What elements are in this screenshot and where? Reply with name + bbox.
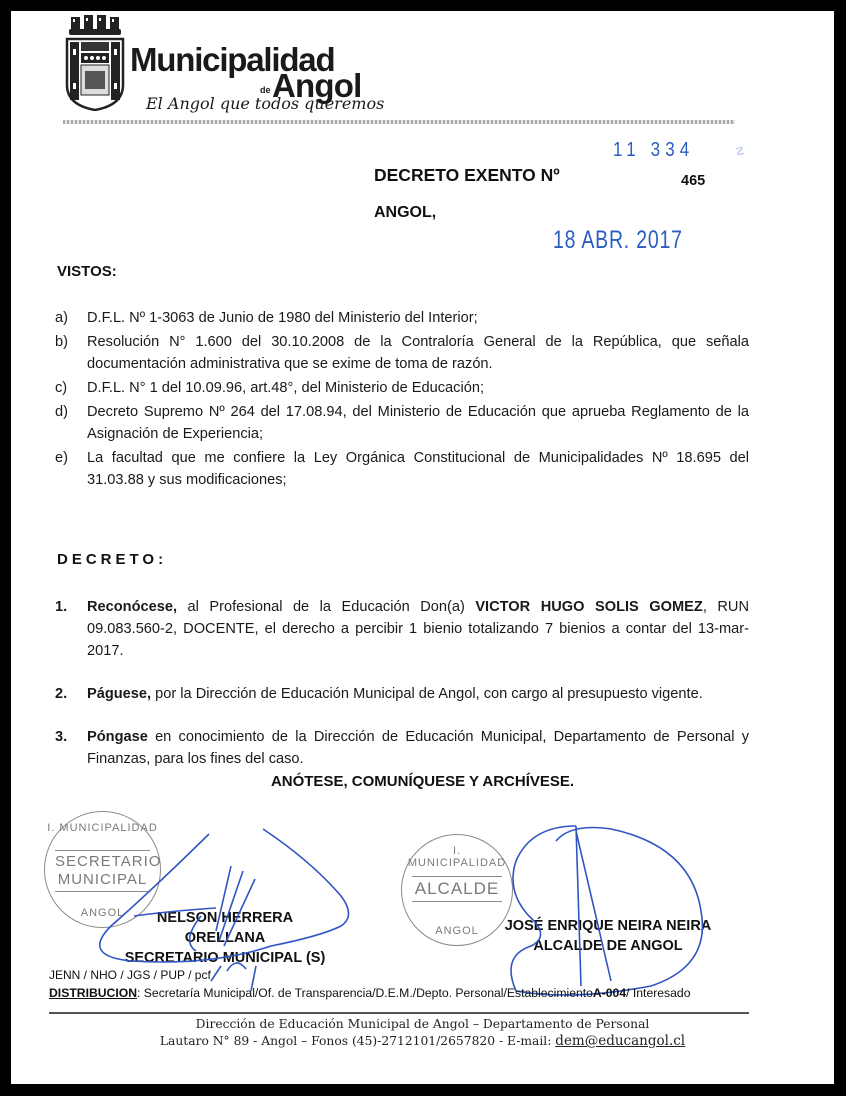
seal-top-text: I. MUNICIPALIDAD <box>402 845 512 869</box>
stamp-date: 18 ABR. 2017 <box>553 226 683 255</box>
item-text: D.F.L. Nº 1-3063 de Junio de 1980 del Mi… <box>87 307 749 329</box>
item-lead: Páguese, <box>87 686 151 702</box>
footer-contact: Lautaro N° 89 - Angol – Fonos (45)-27121… <box>11 1033 834 1050</box>
item-text: Reconócese, al Profesional de la Educaci… <box>87 596 749 662</box>
item-marker: a) <box>55 307 87 329</box>
item-text: Decreto Supremo Nº 264 del 17.08.94, del… <box>87 401 749 445</box>
secretary-role: SECRETARIO MUNICIPAL (S) <box>115 948 335 968</box>
item-marker: d) <box>55 401 87 445</box>
item-lead: Póngase <box>87 729 148 745</box>
distribution-label: DISTRIBUCION <box>49 986 137 1000</box>
vistos-item: c)D.F.L. N° 1 del 10.09.96, art.48°, del… <box>55 377 749 399</box>
item-text: La facultad que me confiere la Ley Orgán… <box>87 447 749 491</box>
secretary-name: NELSON HERRERA ORELLANA <box>115 908 335 948</box>
item-text: D.F.L. N° 1 del 10.09.96, art.48°, del M… <box>87 377 749 399</box>
decreto-item: 1. Reconócese, al Profesional de la Educ… <box>55 596 749 662</box>
org-slogan: El Angol que todos queremos <box>146 94 384 113</box>
item-lead: Reconócese, <box>87 599 177 615</box>
item-body: por la Dirección de Educación Municipal … <box>151 686 703 702</box>
mayor-name: JOSÉ ENRIQUE NEIRA NEIRA <box>498 916 718 936</box>
decree-title: DECRETO EXENTO Nº <box>374 165 560 186</box>
item-text: Póngase en conocimiento de la Dirección … <box>87 726 749 770</box>
item-text: Páguese, por la Dirección de Educación M… <box>87 683 749 705</box>
seal-center-text: SECRETARIO MUNICIPAL <box>55 850 150 892</box>
item-body: en conocimiento de la Dirección de Educa… <box>87 729 749 767</box>
distribution-tail: / Interesado <box>626 986 690 1000</box>
closing-formula: ANÓTESE, COMUNÍQUESE Y ARCHÍVESE. <box>11 773 834 790</box>
vistos-list: a)D.F.L. Nº 1-3063 de Junio de 1980 del … <box>55 307 749 493</box>
decree-city: ANGOL, <box>374 204 436 222</box>
item-body: al Profesional de la Educación Don(a) <box>177 599 475 615</box>
stamp-mark-icon: ☡ <box>735 145 745 158</box>
mayor-role: ALCALDE DE ANGOL <box>498 936 718 956</box>
seal-top-text: I. MUNICIPALIDAD <box>45 822 160 834</box>
decreto-item: 3. Póngase en conocimiento de la Direcci… <box>55 726 749 770</box>
seal-center-text: ALCALDE <box>412 876 502 902</box>
item-marker: b) <box>55 331 87 375</box>
mayor-seal: I. MUNICIPALIDAD ALCALDE ANGOL <box>401 834 513 946</box>
decree-number: 465 <box>681 173 705 189</box>
stamp-number: 11 334 <box>613 139 694 162</box>
item-text: Resolución N° 1.600 del 30.10.2008 de la… <box>87 331 749 375</box>
item-marker: 2. <box>55 683 87 705</box>
secretary-signature-block: NELSON HERRERA ORELLANA SECRETARIO MUNIC… <box>115 908 335 968</box>
distribution: DISTRIBUCION: Secretaría Municipal/Of. d… <box>49 986 691 1000</box>
header-divider <box>63 120 735 124</box>
footer-department: Dirección de Educación Municipal de Ango… <box>11 1016 834 1033</box>
distribution-text: : Secretaría Municipal/Of. de Transparen… <box>137 986 593 1000</box>
decreto-list: 1. Reconócese, al Profesional de la Educ… <box>55 596 749 791</box>
item-marker: 3. <box>55 726 87 770</box>
footer-email-link[interactable]: dem@educangol.cl <box>555 1033 685 1049</box>
seal-line: MUNICIPAL <box>55 871 150 889</box>
beneficiary-name: VICTOR HUGO SOLIS GOMEZ <box>475 599 702 615</box>
mayor-signature-block: JOSÉ ENRIQUE NEIRA NEIRA ALCALDE DE ANGO… <box>498 916 718 956</box>
seal-line: SECRETARIO <box>55 853 150 871</box>
decreto-title: DECRETO: <box>57 551 167 568</box>
distribution-establishment: A-004 <box>593 986 626 1000</box>
coat-of-arms-icon <box>65 15 125 111</box>
decreto-item: 2. Páguese, por la Dirección de Educació… <box>55 683 749 705</box>
vistos-item: d)Decreto Supremo Nº 264 del 17.08.94, d… <box>55 401 749 445</box>
seal-bottom-text: ANGOL <box>402 925 512 937</box>
footer-divider <box>49 1012 749 1014</box>
item-marker: e) <box>55 447 87 491</box>
vistos-item: b)Resolución N° 1.600 del 30.10.2008 de … <box>55 331 749 375</box>
initials: JENN / NHO / JGS / PUP / pcf <box>49 968 211 982</box>
vistos-item: e)La facultad que me confiere la Ley Org… <box>55 447 749 491</box>
item-marker: c) <box>55 377 87 399</box>
vistos-item: a)D.F.L. Nº 1-3063 de Junio de 1980 del … <box>55 307 749 329</box>
vistos-title: VISTOS: <box>57 263 117 280</box>
item-marker: 1. <box>55 596 87 662</box>
footer-address: Lautaro N° 89 - Angol – Fonos (45)-27121… <box>160 1034 555 1048</box>
document-page: Municipalidad de Angol El Angol que todo… <box>11 11 834 1084</box>
